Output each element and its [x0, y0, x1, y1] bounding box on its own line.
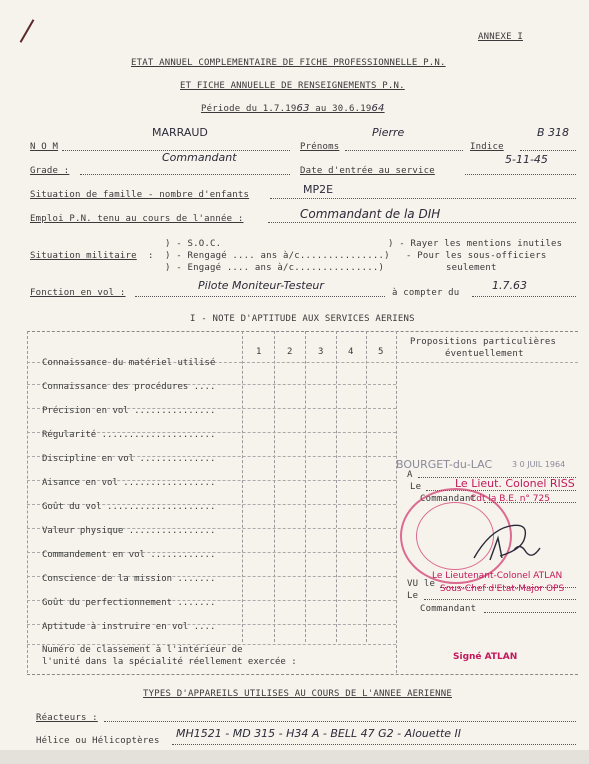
proposals-header-2: éventuellement [445, 349, 524, 359]
commandant2-label: Commandant [420, 604, 476, 614]
criterion-row: Valeur physique ................ [42, 526, 215, 536]
col-sep-5 [366, 331, 367, 642]
row-line [242, 362, 578, 363]
fonction-label: Fonction en vol : [30, 288, 126, 298]
criterion-row: Commandement en vol ............ [42, 550, 215, 560]
prenoms-label: Prénoms [300, 142, 339, 152]
date-entree-value[interactable]: 5-11-45 [505, 153, 548, 166]
period-mid: au 30.6.19 [310, 104, 372, 114]
period-end-year: 64 [371, 103, 384, 114]
prenoms-dots [345, 150, 463, 151]
criterion-row: Conscience de la mission ....... [42, 574, 215, 584]
criterion-row: Goût du perfectionnement ....... [42, 598, 215, 608]
date-stamp: 3 0 JUIL 1964 [512, 460, 565, 469]
military-label: Situation militaire [30, 251, 137, 261]
stamp-name: Le Lieut. Colonel RISS [455, 477, 575, 490]
title-line-1: ETAT ANNUEL COMPLEMENTAIRE DE FICHE PROF… [131, 58, 446, 68]
score-col-1: 1 [256, 347, 262, 357]
aircraft-title: TYPES D'APPAREILS UTILISES AU COURS DE L… [143, 689, 452, 699]
military-note-2: - Pour les sous-officiers [406, 251, 546, 261]
col-sep-proposals [396, 331, 397, 673]
title-line-2: ET FICHE ANNUELLE DE RENSEIGNEMENTS P.N. [180, 81, 405, 91]
criterion-row: Aisance en vol ................. [42, 478, 215, 488]
military-option-engage[interactable]: ) - Engagé .... ans à/c...............) [165, 263, 384, 273]
score-col-5: 5 [378, 347, 384, 357]
grade-label: Grade : [30, 166, 69, 176]
emploi-label: Emploi P.N. tenu au cours de l'année : [30, 214, 244, 224]
aptitude-title: I - NOTE D'APTITUDE AUX SERVICES AERIENS [190, 314, 415, 324]
stamp2-line2: Sous-Chef d'Etat-Major OPS [440, 584, 564, 594]
emploi-value[interactable]: Commandant de la DIH [300, 207, 440, 221]
from-value[interactable]: 1.7.63 [492, 279, 527, 292]
le-label: Le [410, 482, 421, 492]
military-note-1: ) - Rayer les mentions inutiles [388, 239, 562, 249]
col-sep-4 [336, 331, 337, 642]
period-start-year: 63 [297, 103, 310, 114]
annex-label: ANNEXE I [478, 32, 523, 42]
le2-dots [424, 599, 576, 600]
col-sep-1 [242, 331, 243, 642]
indice-dots [520, 150, 576, 151]
signature-scrawl [470, 520, 550, 564]
helice-dots [172, 744, 576, 745]
from-label: à compter du [392, 288, 459, 298]
reacteurs-dots [104, 721, 576, 722]
ranking-label-1: Numéro de classement à l'intérieur de [42, 645, 242, 655]
criterion-row: Goût du vol .................... [42, 502, 215, 512]
period: Période du 1.7.1963 au 30.6.1964 [201, 103, 385, 114]
fonction-dots [135, 296, 385, 297]
score-col-4: 4 [348, 347, 354, 357]
grade-dots [80, 174, 290, 175]
helice-label: Hélice ou Hélicoptères [36, 736, 160, 746]
criterion-row: Précision en vol ............... [42, 406, 215, 416]
criterion-row: Discipline en vol .............. [42, 454, 215, 464]
military-option-rengage[interactable]: ) - Rengagé .... ans à/c...............) [165, 251, 390, 261]
col-sep-2 [274, 331, 275, 642]
ranking-label-2: l'unité dans la spécialité réellement ex… [42, 657, 297, 667]
helice-value[interactable]: MH1521 - MD 315 - H34 A - BELL 47 G2 - A… [176, 727, 461, 740]
nom-value[interactable]: MARRAUD [152, 126, 208, 139]
fonction-value[interactable]: Pilote Moniteur-Testeur [198, 279, 324, 292]
indice-label: Indice [470, 142, 504, 152]
page-edge [0, 750, 589, 764]
signed-atlan: Signé ATLAN [453, 652, 517, 662]
nom-label: N O M [30, 142, 58, 152]
table-border-left [27, 331, 28, 673]
reacteurs-label: Réacteurs : [36, 713, 98, 723]
proposals-header-1: Propositions particulières [410, 337, 556, 347]
score-col-2: 2 [287, 347, 293, 357]
criterion-row: Connaissance des procédures .... [42, 382, 215, 392]
le2-label: Le [407, 591, 418, 601]
date-entree-dots [465, 174, 576, 175]
indice-value[interactable]: B 318 [537, 126, 569, 139]
date-entree-label: Date d'entrée au service [300, 166, 435, 176]
famille-value[interactable]: MP2E [303, 183, 333, 196]
score-col-3: 3 [318, 347, 324, 357]
prenoms-value[interactable]: Pierre [372, 126, 404, 139]
commandant2-dots [484, 612, 576, 613]
grade-value[interactable]: Commandant [162, 151, 237, 164]
emploi-dots [268, 222, 576, 223]
a-label: A [407, 470, 413, 480]
criterion-row: Aptitude à instruire en vol .... [42, 622, 215, 632]
famille-dots [270, 198, 576, 199]
from-dots [472, 296, 576, 297]
criterion-row: Connaissance du matériel utilisé [42, 358, 215, 368]
famille-label: Situation de famille - nombre d'enfants [30, 190, 249, 200]
military-option-soc[interactable]: ) - S.O.C. [165, 239, 221, 249]
military-colon: : [148, 251, 154, 261]
criterion-row: Régularité ..................... [42, 430, 215, 440]
period-label: Période du 1.7.19 [201, 104, 297, 114]
col-sep-3 [305, 331, 306, 642]
stamp2-line1: Le Lieutenant-Colonel ATLAN [432, 571, 562, 581]
vu-label: VU le [407, 579, 435, 589]
military-note-3: seulement [446, 263, 497, 273]
